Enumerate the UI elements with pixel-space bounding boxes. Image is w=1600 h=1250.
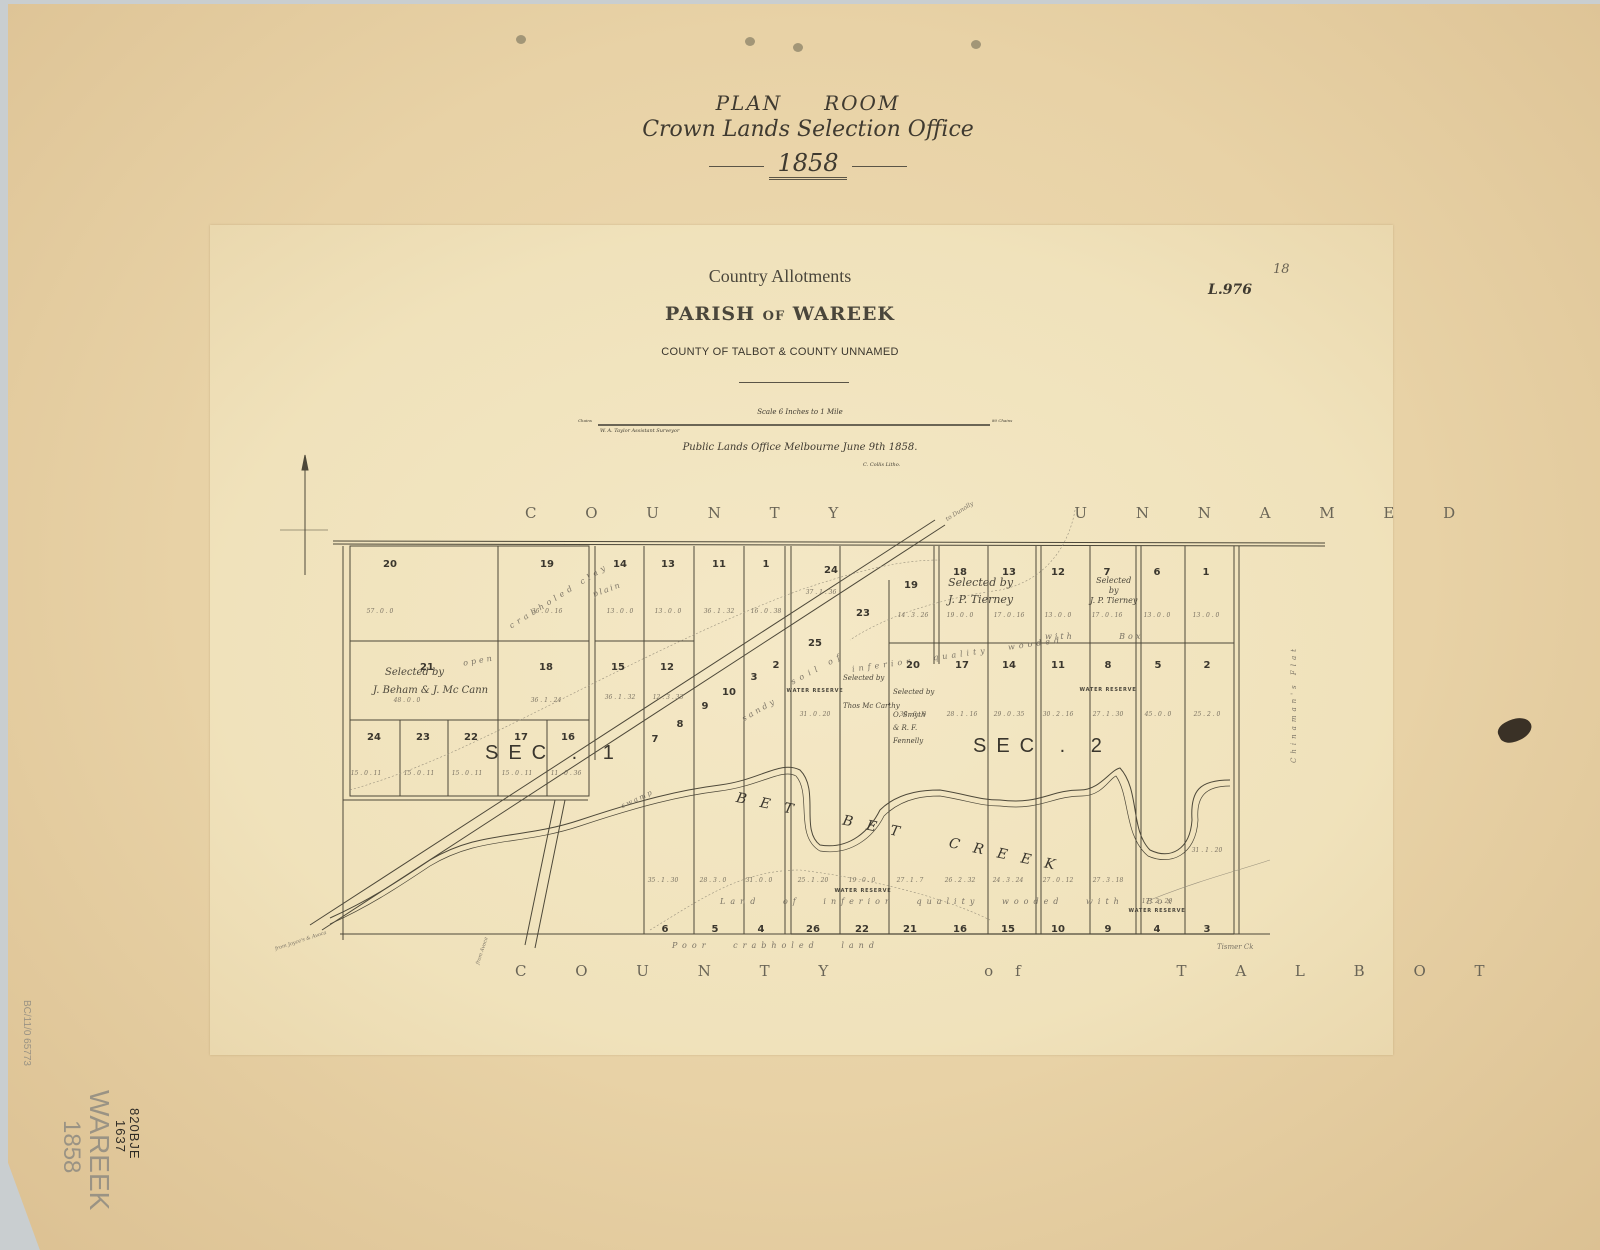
lot-area: 13 . 0 . 0 — [1045, 612, 1072, 619]
lot-number: 23 — [416, 732, 430, 743]
water-reserve-label: WATER RESERVE — [786, 688, 843, 694]
lot-number: 3 — [1204, 924, 1211, 935]
lot-area: 25 . 1 . 20 — [798, 877, 829, 884]
lot-area: 29 . 0 . 35 — [994, 711, 1025, 718]
lot-area: 25 . 2 . 0 — [1194, 711, 1221, 718]
note-poor-crabholed: Poor crabholed land — [672, 941, 879, 950]
lot-area: 15 . 0 . 11 — [502, 770, 533, 777]
lot-area: 27 . 3 . 18 — [1093, 877, 1124, 884]
selection-smyth-line4: Fennelly — [893, 735, 934, 748]
lot-number: 14 — [1002, 660, 1016, 671]
lot-area: 27 . 1 . 7 — [897, 877, 924, 884]
lot-area: 27 . 1 . 30 — [1093, 711, 1124, 718]
lot-number: 10 — [1051, 924, 1065, 935]
lot-number: 18 — [539, 662, 553, 673]
lot-number: 11 — [1051, 660, 1065, 671]
road-label-tismer: Tismer Ck — [1217, 943, 1253, 951]
lot-number: 1 — [763, 559, 770, 570]
lot-number: 14 — [613, 559, 627, 570]
lot-number: 2 — [1204, 660, 1211, 671]
lot-number: 6 — [662, 924, 669, 935]
lot-number: 24 — [824, 565, 838, 576]
lot-number: 2 — [773, 660, 780, 671]
lot-area: 17 . 0 . 16 — [994, 612, 1025, 619]
lot-area: 16 . 0 . 38 — [751, 608, 782, 615]
lot-area: 30 . 2 . 16 — [1043, 711, 1074, 718]
lot-area: 28 . 3 . 0 — [700, 877, 727, 884]
lot-area: 17 . 0 . 16 — [1092, 612, 1123, 619]
lot-number: 6 — [1154, 567, 1161, 578]
lot-area: 36 . 1 . 24 — [531, 697, 562, 704]
section-2-label: SEC . 2 — [973, 735, 1112, 758]
lot-number: 19 — [904, 580, 918, 591]
lot-area: 19 . 0 . 0 — [849, 877, 876, 884]
lot-area: 31 . 0 . 0 — [746, 877, 773, 884]
lot-number: 9 — [1105, 924, 1112, 935]
right-strip-label: Chinaman's Flat — [1290, 645, 1298, 763]
lot-number: 8 — [677, 719, 684, 730]
lot-number: 3 — [751, 672, 758, 683]
lot-area: 15 . 0 . 11 — [404, 770, 435, 777]
map-linework — [0, 0, 1600, 1250]
lot-area: 45 . 0 . 0 — [1145, 711, 1172, 718]
lot-number: 4 — [758, 924, 765, 935]
pencil-name: WAREEK — [83, 1090, 115, 1210]
selection-smyth-line1: Selected by — [893, 686, 934, 699]
lot-number: 23 — [856, 608, 870, 619]
selection-smyth-line3: & R. F. — [893, 722, 934, 735]
selection-tierney-2: Selected by J. P. Tierney — [1090, 576, 1137, 606]
selection-tierney-1: Selected by J. P. Tierney — [948, 574, 1013, 608]
lot-area: 13 . 0 . 0 — [1144, 612, 1171, 619]
selection-behan-line1: Selected by — [385, 664, 488, 682]
lot-number: 1 — [1203, 567, 1210, 578]
lot-number: 15 — [1001, 924, 1015, 935]
lot-number: 13 — [661, 559, 675, 570]
lot-area: 13 . 0 . 0 — [607, 608, 634, 615]
edge-number: BC/11/0 65773 — [21, 1000, 32, 1066]
lot-area: 13 . 0 . 0 — [1193, 612, 1220, 619]
lot-area: 13 . 0 . 0 — [655, 608, 682, 615]
catalog-stamp-2: 1637 — [113, 1120, 128, 1153]
lot-number: 25 — [808, 638, 822, 649]
selection-behan: Selected by J. Beham & J. Mc Cann — [385, 664, 488, 700]
lot-number: 21 — [903, 924, 917, 935]
section-1-label: SEC . 1 — [485, 742, 624, 765]
lot-area: 15 . 0 . 11 — [452, 770, 483, 777]
lot-number: 12 — [660, 662, 674, 673]
lot-number: 24 — [367, 732, 381, 743]
water-reserve-label: WATER RESERVE — [834, 888, 891, 894]
selection-mccarthy-line2: Thos Mc Carthy — [843, 692, 900, 720]
lot-number: 9 — [702, 701, 709, 712]
lot-area: 19 . 0 . 0 — [947, 612, 974, 619]
pencil-year: 1858 — [57, 1120, 85, 1173]
water-reserve-label: WATER RESERVE — [1079, 687, 1136, 693]
lot-number: 16 — [953, 924, 967, 935]
lot-area: 14 . 3 . 26 — [898, 612, 929, 619]
lot-area: 27 . 0 . 12 — [1043, 877, 1074, 884]
lot-area: 15 . 0 . 11 — [351, 770, 382, 777]
note-land-inferior: Land of inferior quality wooded with Box — [720, 897, 1177, 906]
lot-area: 26 . 2 . 32 — [945, 877, 976, 884]
lot-number: 26 — [806, 924, 820, 935]
lot-area: 28 . 1 . 16 — [947, 711, 978, 718]
lot-number: 10 — [722, 687, 736, 698]
lot-number: 22 — [464, 732, 478, 743]
lot-area: 31 . 0 . 20 — [800, 711, 831, 718]
selection-smyth: Selected by O. Smyth & R. F. Fennelly — [893, 686, 934, 748]
lot-number: 11 — [712, 559, 726, 570]
lot-number: 20 — [383, 559, 397, 570]
selection-behan-line2: J. Beham & J. Mc Cann — [373, 682, 488, 700]
lot-number: 17 — [955, 660, 969, 671]
lot-number: 22 — [855, 924, 869, 935]
catalog-stamp: 820BJE — [127, 1108, 142, 1160]
lot-number: 5 — [712, 924, 719, 935]
lot-number: 15 — [611, 662, 625, 673]
lot-area: 57 . 0 . 0 — [367, 608, 394, 615]
lot-area: 31 . 1 . 20 — [1192, 847, 1223, 854]
lot-number: 5 — [1155, 660, 1162, 671]
selection-tierney-1-line1: Selected by — [948, 574, 1013, 591]
lot-area: 36 . 1 . 32 — [605, 694, 636, 701]
lot-number: 4 — [1154, 924, 1161, 935]
selection-tierney-1-line2: J. P. Tierney — [948, 591, 1013, 608]
lot-number: 8 — [1105, 660, 1112, 671]
selection-tierney-2-line3: J. P. Tierney — [1090, 596, 1137, 606]
lot-area: 37 . 1 . 36 — [806, 589, 837, 596]
lot-area: 12 . 3 . 33 — [653, 694, 684, 701]
selection-smyth-line2: O. Smyth — [893, 709, 934, 722]
lot-number: 12 — [1051, 567, 1065, 578]
note-with-box: with Box — [1045, 632, 1143, 641]
lot-number: 7 — [652, 734, 659, 745]
lot-area: 36 . 1 . 32 — [704, 608, 735, 615]
lot-area: 24 . 3 . 24 — [993, 877, 1024, 884]
lot-area: 11 . 0 . 36 — [551, 770, 582, 777]
water-reserve-label: WATER RESERVE — [1128, 908, 1185, 914]
lot-area: 35 . 1 . 30 — [648, 877, 679, 884]
selection-tierney-2-line1: Selected — [1090, 576, 1137, 586]
lot-number: 19 — [540, 559, 554, 570]
selection-tierney-2-line2: by — [1090, 586, 1137, 596]
